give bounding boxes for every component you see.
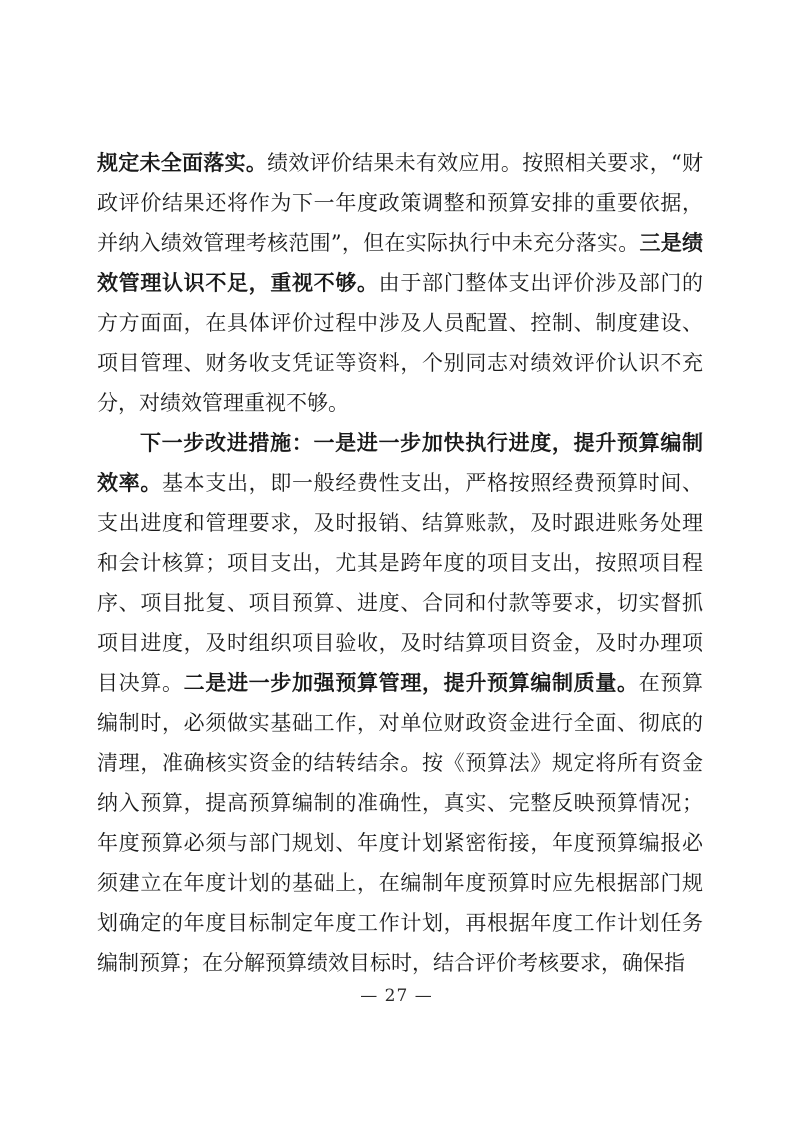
- page-number: — 27 —: [360, 986, 432, 1006]
- text-run: 基本支出，即一般经费性支出，严格按照经费预算时间、支出进度和管理要求，及时报销、…: [97, 471, 703, 695]
- text-run: 在预算编制时，必须做实基础工作，对单位财政资金进行全面、彻底的清理，准确核实资金…: [97, 671, 703, 975]
- document-page: 规定未全面落实。绩效评价结果未有效应用。按照相关要求，“财政评价结果还将作为下一…: [0, 0, 793, 1122]
- document-body: 规定未全面落实。绩效评价结果未有效应用。按照相关要求，“财政评价结果还将作为下一…: [97, 143, 703, 983]
- paragraph-improvement-measures: 下一步改进措施：一是进一步加快执行进度，提升预算编制效率。基本支出，即一般经费性…: [97, 423, 703, 983]
- page-footer: — 27 —: [0, 986, 793, 1006]
- paragraph-continuation: 规定未全面落实。绩效评价结果未有效应用。按照相关要求，“财政评价结果还将作为下一…: [97, 143, 703, 423]
- text-run-bold: 二是进一步加强预算管理，提升预算编制质量。: [184, 670, 639, 695]
- text-run-bold: 规定未全面落实。: [97, 150, 267, 175]
